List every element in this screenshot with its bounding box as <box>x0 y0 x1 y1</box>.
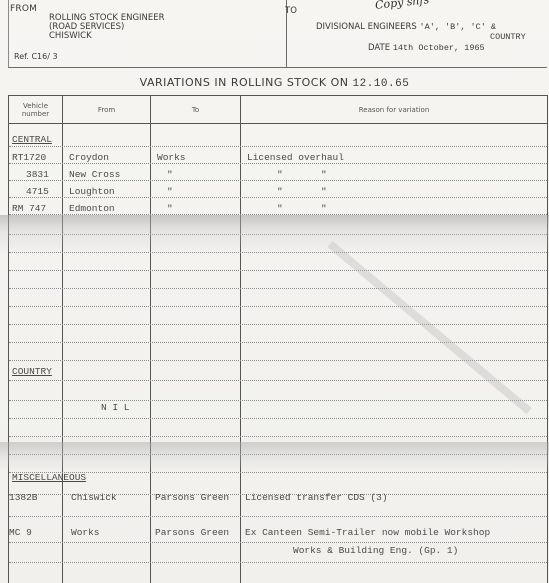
rule-line <box>9 418 547 419</box>
section-central: CENTRAL <box>12 134 52 145</box>
column-header-reason: Reason for variation <box>241 96 547 123</box>
from-location: New Cross <box>69 169 120 180</box>
reason-ditto: " <box>321 186 327 197</box>
column-divider <box>240 96 241 583</box>
to-location: " <box>167 203 173 214</box>
rule-line <box>9 400 547 401</box>
from-address: ROLLING STOCK ENGINEER (ROAD SERVICES) C… <box>49 14 165 41</box>
to-location: " <box>167 169 173 180</box>
rule-line <box>9 306 547 307</box>
to-location: Works <box>157 152 186 163</box>
vehicle-number: RT1720 <box>12 152 46 163</box>
vehicle-number: 1382B <box>9 492 38 503</box>
reason-continuation: Works & Building Eng. (Gp. 1) <box>293 545 458 556</box>
rule-line <box>9 542 547 543</box>
table-header: Vehicle number From To Reason for variat… <box>9 96 547 124</box>
rule-line <box>9 163 547 164</box>
reason: " <box>277 203 283 214</box>
rule-line <box>9 342 547 343</box>
reason: Licensed transfer CDS (3) <box>245 492 388 503</box>
page-title: VARIATIONS IN ROLLING STOCK ON 12.10.65 <box>0 76 549 90</box>
to-location: Parsons Green <box>155 492 229 503</box>
date-line: DATE 14th October, 1965 <box>368 43 485 53</box>
rule-line <box>9 252 547 253</box>
section-country: COUNTRY <box>12 366 52 377</box>
reason-ditto: " <box>321 203 327 214</box>
title-date: 12.10.65 <box>353 78 410 90</box>
rule-line <box>9 197 547 198</box>
rule-line <box>9 288 547 289</box>
reason: " <box>277 169 283 180</box>
rule-line <box>9 562 547 563</box>
rule-line <box>9 360 547 361</box>
from-location: Loughton <box>69 186 115 197</box>
reason: " <box>277 186 283 197</box>
rule-line <box>9 472 547 473</box>
to-label: TO <box>285 6 297 16</box>
rule-line <box>9 516 547 517</box>
vehicle-number: 4715 <box>26 186 49 197</box>
vehicle-number: RM 747 <box>12 203 46 214</box>
date-value: 14th October, 1965 <box>393 43 485 53</box>
column-header-to: To <box>151 96 240 123</box>
reason: Ex Canteen Semi-Trailer now mobile Works… <box>245 527 490 538</box>
column-divider <box>62 96 63 583</box>
reference-number: Ref. C16/ 3 <box>14 52 58 61</box>
rule-line <box>9 234 547 235</box>
from-location: Works <box>71 527 100 538</box>
from-location: Croydon <box>69 152 109 163</box>
rule-line <box>9 146 547 147</box>
rule-line <box>9 214 547 215</box>
to-recipients: DIVISIONAL ENGINEERS 'A', 'B', 'C' & <box>316 22 496 32</box>
rule-line <box>9 180 547 181</box>
vehicle-number: MC 9 <box>9 527 32 538</box>
rule-line <box>9 380 547 381</box>
column-header-from: From <box>63 96 150 123</box>
rule-line <box>9 324 547 325</box>
title-text: VARIATIONS IN ROLLING STOCK ON <box>140 76 353 89</box>
from-label: FROM <box>10 4 37 14</box>
rule-line <box>9 270 547 271</box>
column-header-vehicle: Vehicle number <box>9 96 62 123</box>
vehicle-number: 3831 <box>26 169 49 180</box>
from-line-3: CHISWICK <box>49 32 165 41</box>
rule-line <box>9 454 547 455</box>
country-nil: N I L <box>101 402 130 413</box>
reason: Licensed overhaul <box>247 152 344 163</box>
date-label: DATE <box>368 43 393 53</box>
section-miscellaneous: MISCELLANEOUS <box>12 472 86 483</box>
to-prefix: DIVISIONAL ENGINEERS <box>316 22 420 32</box>
reason-ditto: " <box>321 169 327 180</box>
variations-table: Vehicle number From To Reason for variat… <box>8 95 548 583</box>
to-recipient-list: 'A', 'B', 'C' & <box>420 22 497 32</box>
to-location: " <box>167 186 173 197</box>
rule-line <box>9 436 547 437</box>
column-divider <box>150 96 151 583</box>
from-location: Chiswick <box>71 492 117 503</box>
from-location: Edmonton <box>69 203 115 214</box>
to-country: COUNTRY <box>490 32 526 42</box>
to-location: Parsons Green <box>155 527 229 538</box>
